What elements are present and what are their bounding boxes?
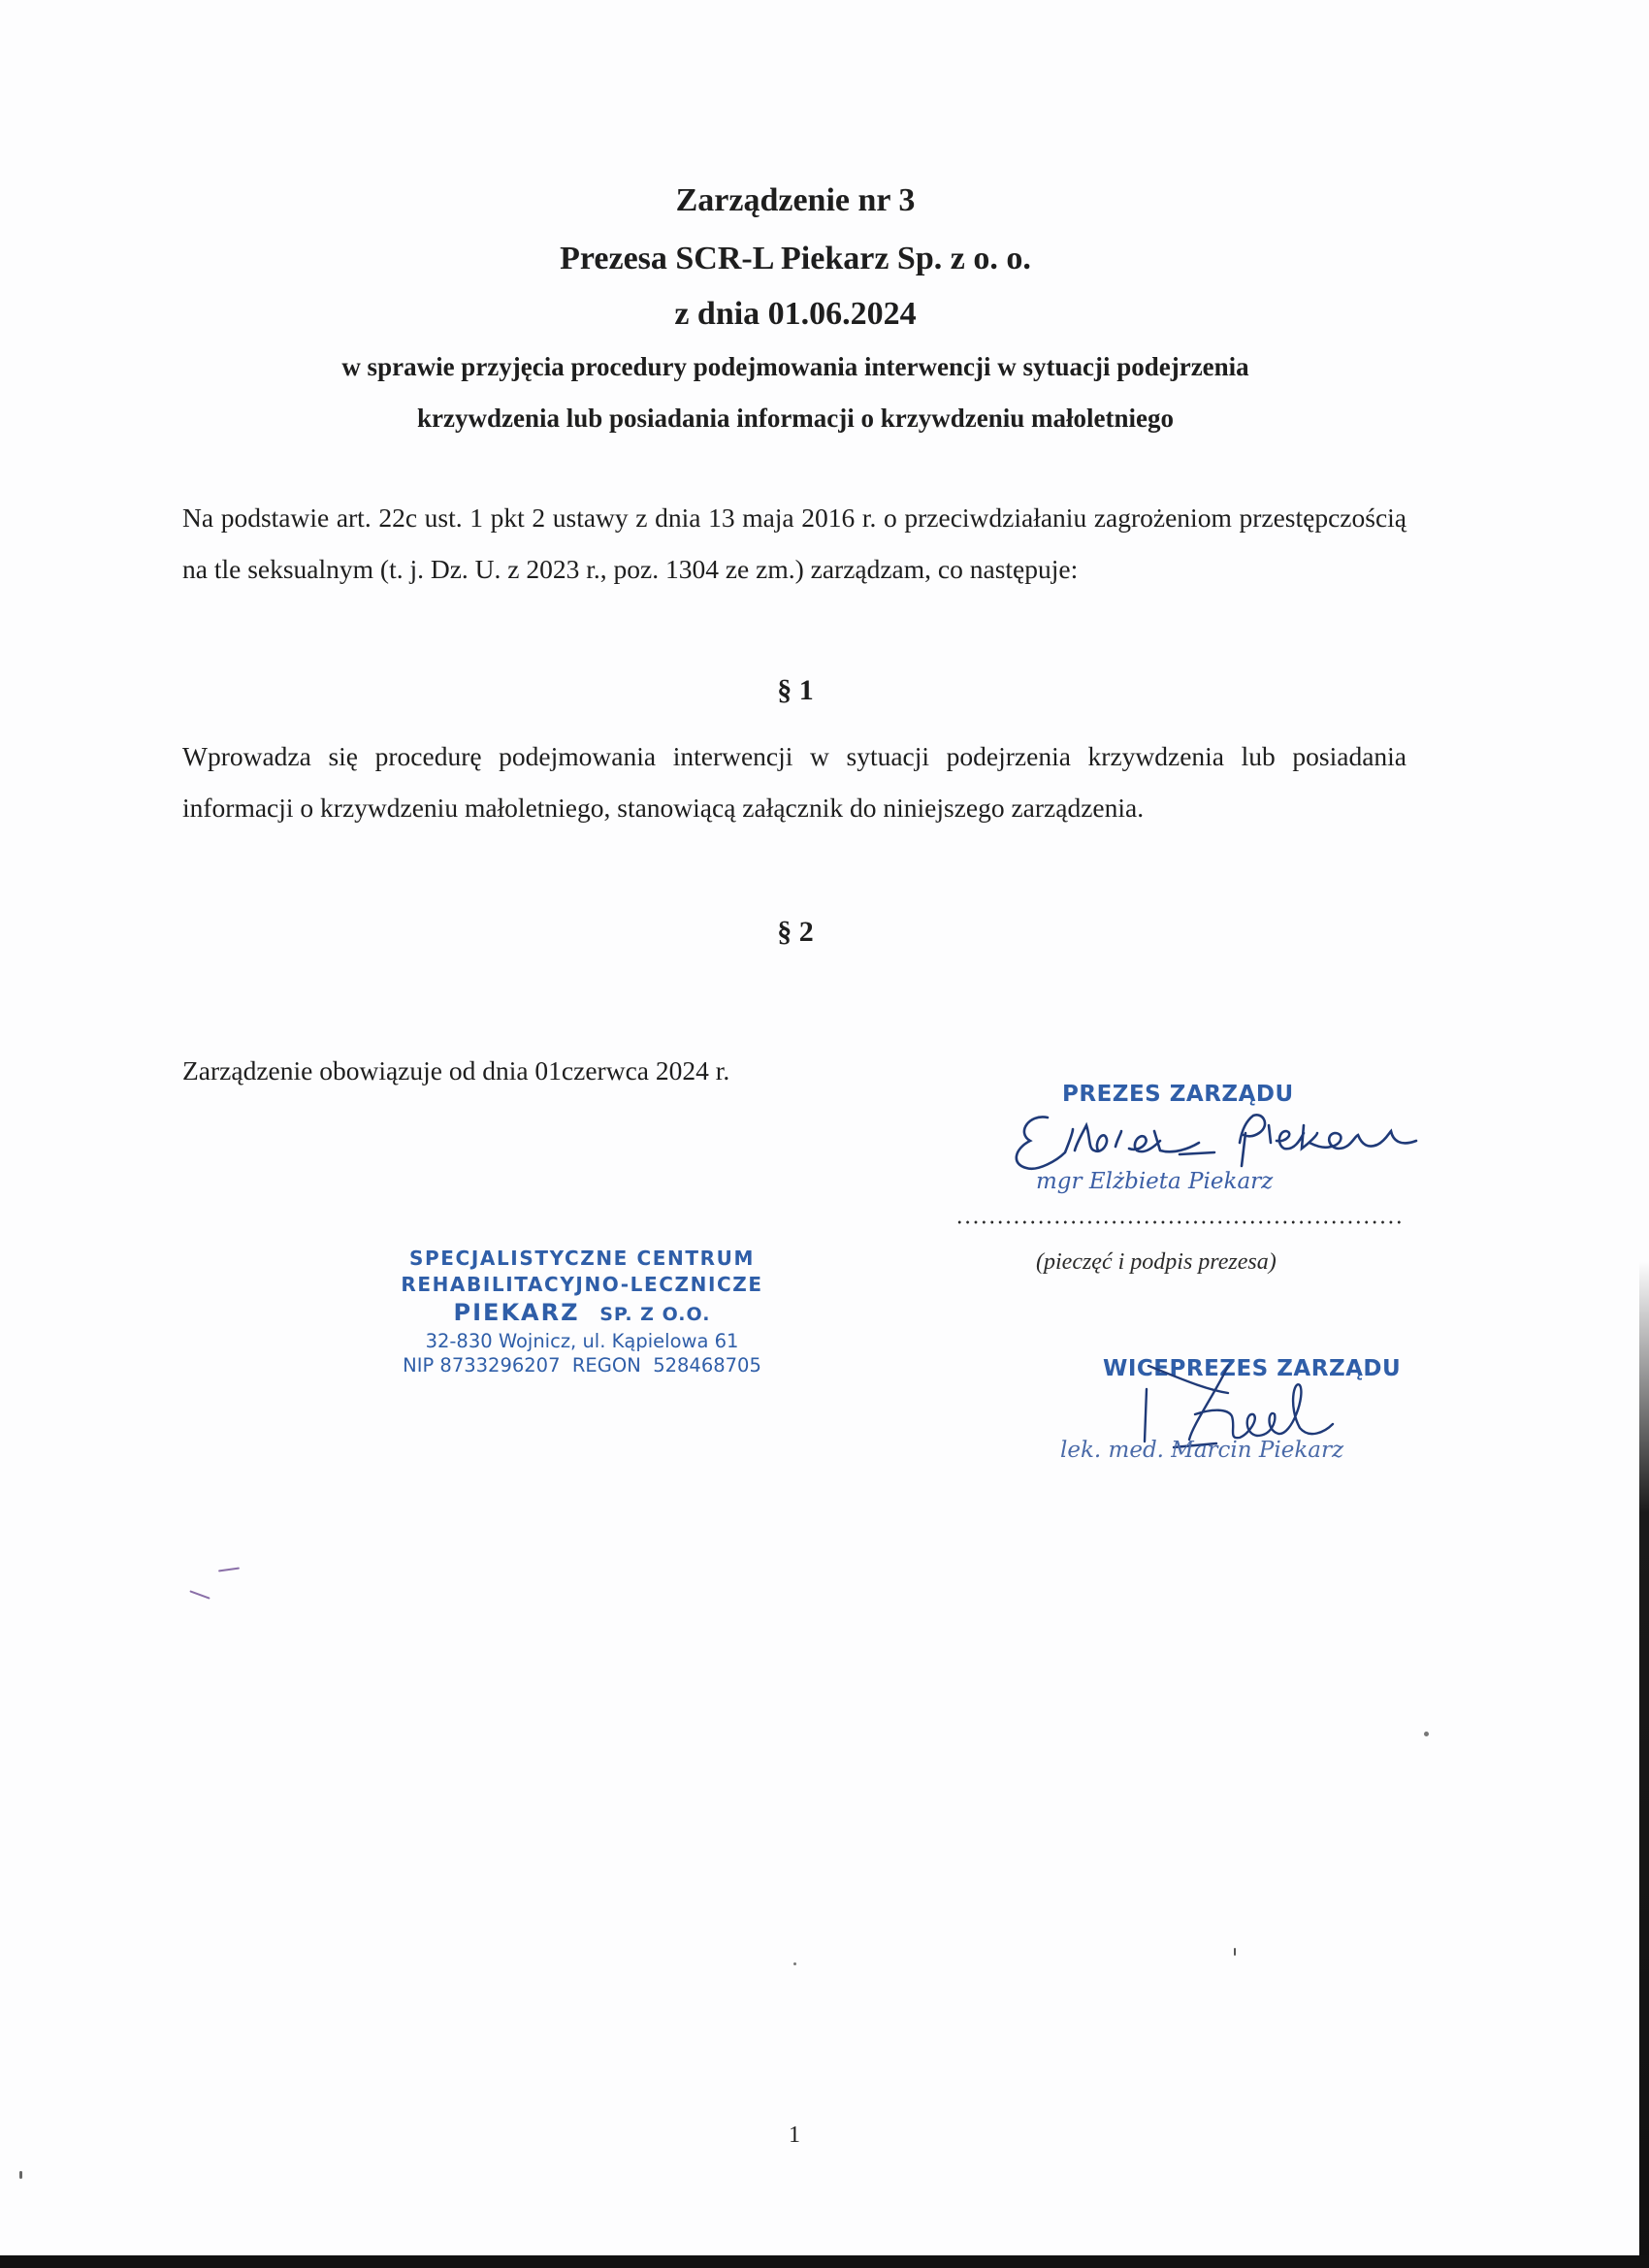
scan-artifact	[189, 1590, 210, 1599]
section-2-mark: § 2	[0, 916, 1591, 949]
company-stamp-name-suffix: SP. Z O.O.	[599, 1304, 710, 1325]
document-page: Zarządzenie nr 3 Prezesa SCR-L Piekarz S…	[0, 0, 1649, 2268]
scan-edge-right	[1639, 1261, 1649, 2268]
preamble-paragraph: Na podstawie art. 22c ust. 1 pkt 2 ustaw…	[182, 492, 1406, 595]
signature-dotted-line	[955, 1220, 1405, 1224]
signature-caption: (pieczęć i podpis prezesa)	[1036, 1249, 1277, 1276]
section-1-text: Wprowadza się procedurę podejmowania int…	[182, 730, 1406, 833]
company-stamp-name: PIEKARZ SP. Z O.O.	[369, 1298, 795, 1329]
scan-artifact	[1424, 1732, 1429, 1736]
page-number: 1	[789, 2122, 800, 2149]
vice-president-name-stamp: lek. med. Marcin Piekarz	[1060, 1438, 1343, 1463]
subject-line-2: krzywdzenia lub posiadania informacji o …	[0, 404, 1591, 434]
scan-artifact	[793, 1962, 796, 1965]
scan-edge-bottom	[0, 2255, 1649, 2268]
company-stamp: SPECJALISTYCZNE CENTRUM REHABILITACYJNO-…	[369, 1246, 795, 1377]
company-stamp-address: 32-830 Wojnicz, ul. Kąpielowa 61	[369, 1329, 795, 1353]
scan-artifact	[19, 2171, 22, 2179]
company-stamp-line-1: SPECJALISTYCZNE CENTRUM	[369, 1246, 795, 1272]
scan-artifact	[1234, 1948, 1236, 1956]
company-stamp-name-main: PIEKARZ	[454, 1299, 580, 1326]
scan-artifact	[218, 1567, 240, 1571]
president-name-stamp: mgr Elżbieta Piekarz	[1036, 1169, 1273, 1194]
subject-line-1: w sprawie przyjęcia procedury podejmowan…	[0, 352, 1591, 382]
document-title: Zarządzenie nr 3	[0, 182, 1591, 219]
section-1-mark: § 1	[0, 674, 1591, 707]
company-stamp-ids: NIP 8733296207 REGON 528468705	[369, 1353, 795, 1377]
president-signature	[1009, 1104, 1445, 1177]
company-stamp-line-2: REHABILITACYJNO-LECZNICZE	[369, 1272, 795, 1298]
document-issuer: Prezesa SCR-L Piekarz Sp. z o. o.	[0, 241, 1591, 277]
section-2-text: Zarządzenie obowiązuje od dnia 01czerwca…	[182, 1055, 729, 1086]
document-date: z dnia 01.06.2024	[0, 296, 1591, 333]
